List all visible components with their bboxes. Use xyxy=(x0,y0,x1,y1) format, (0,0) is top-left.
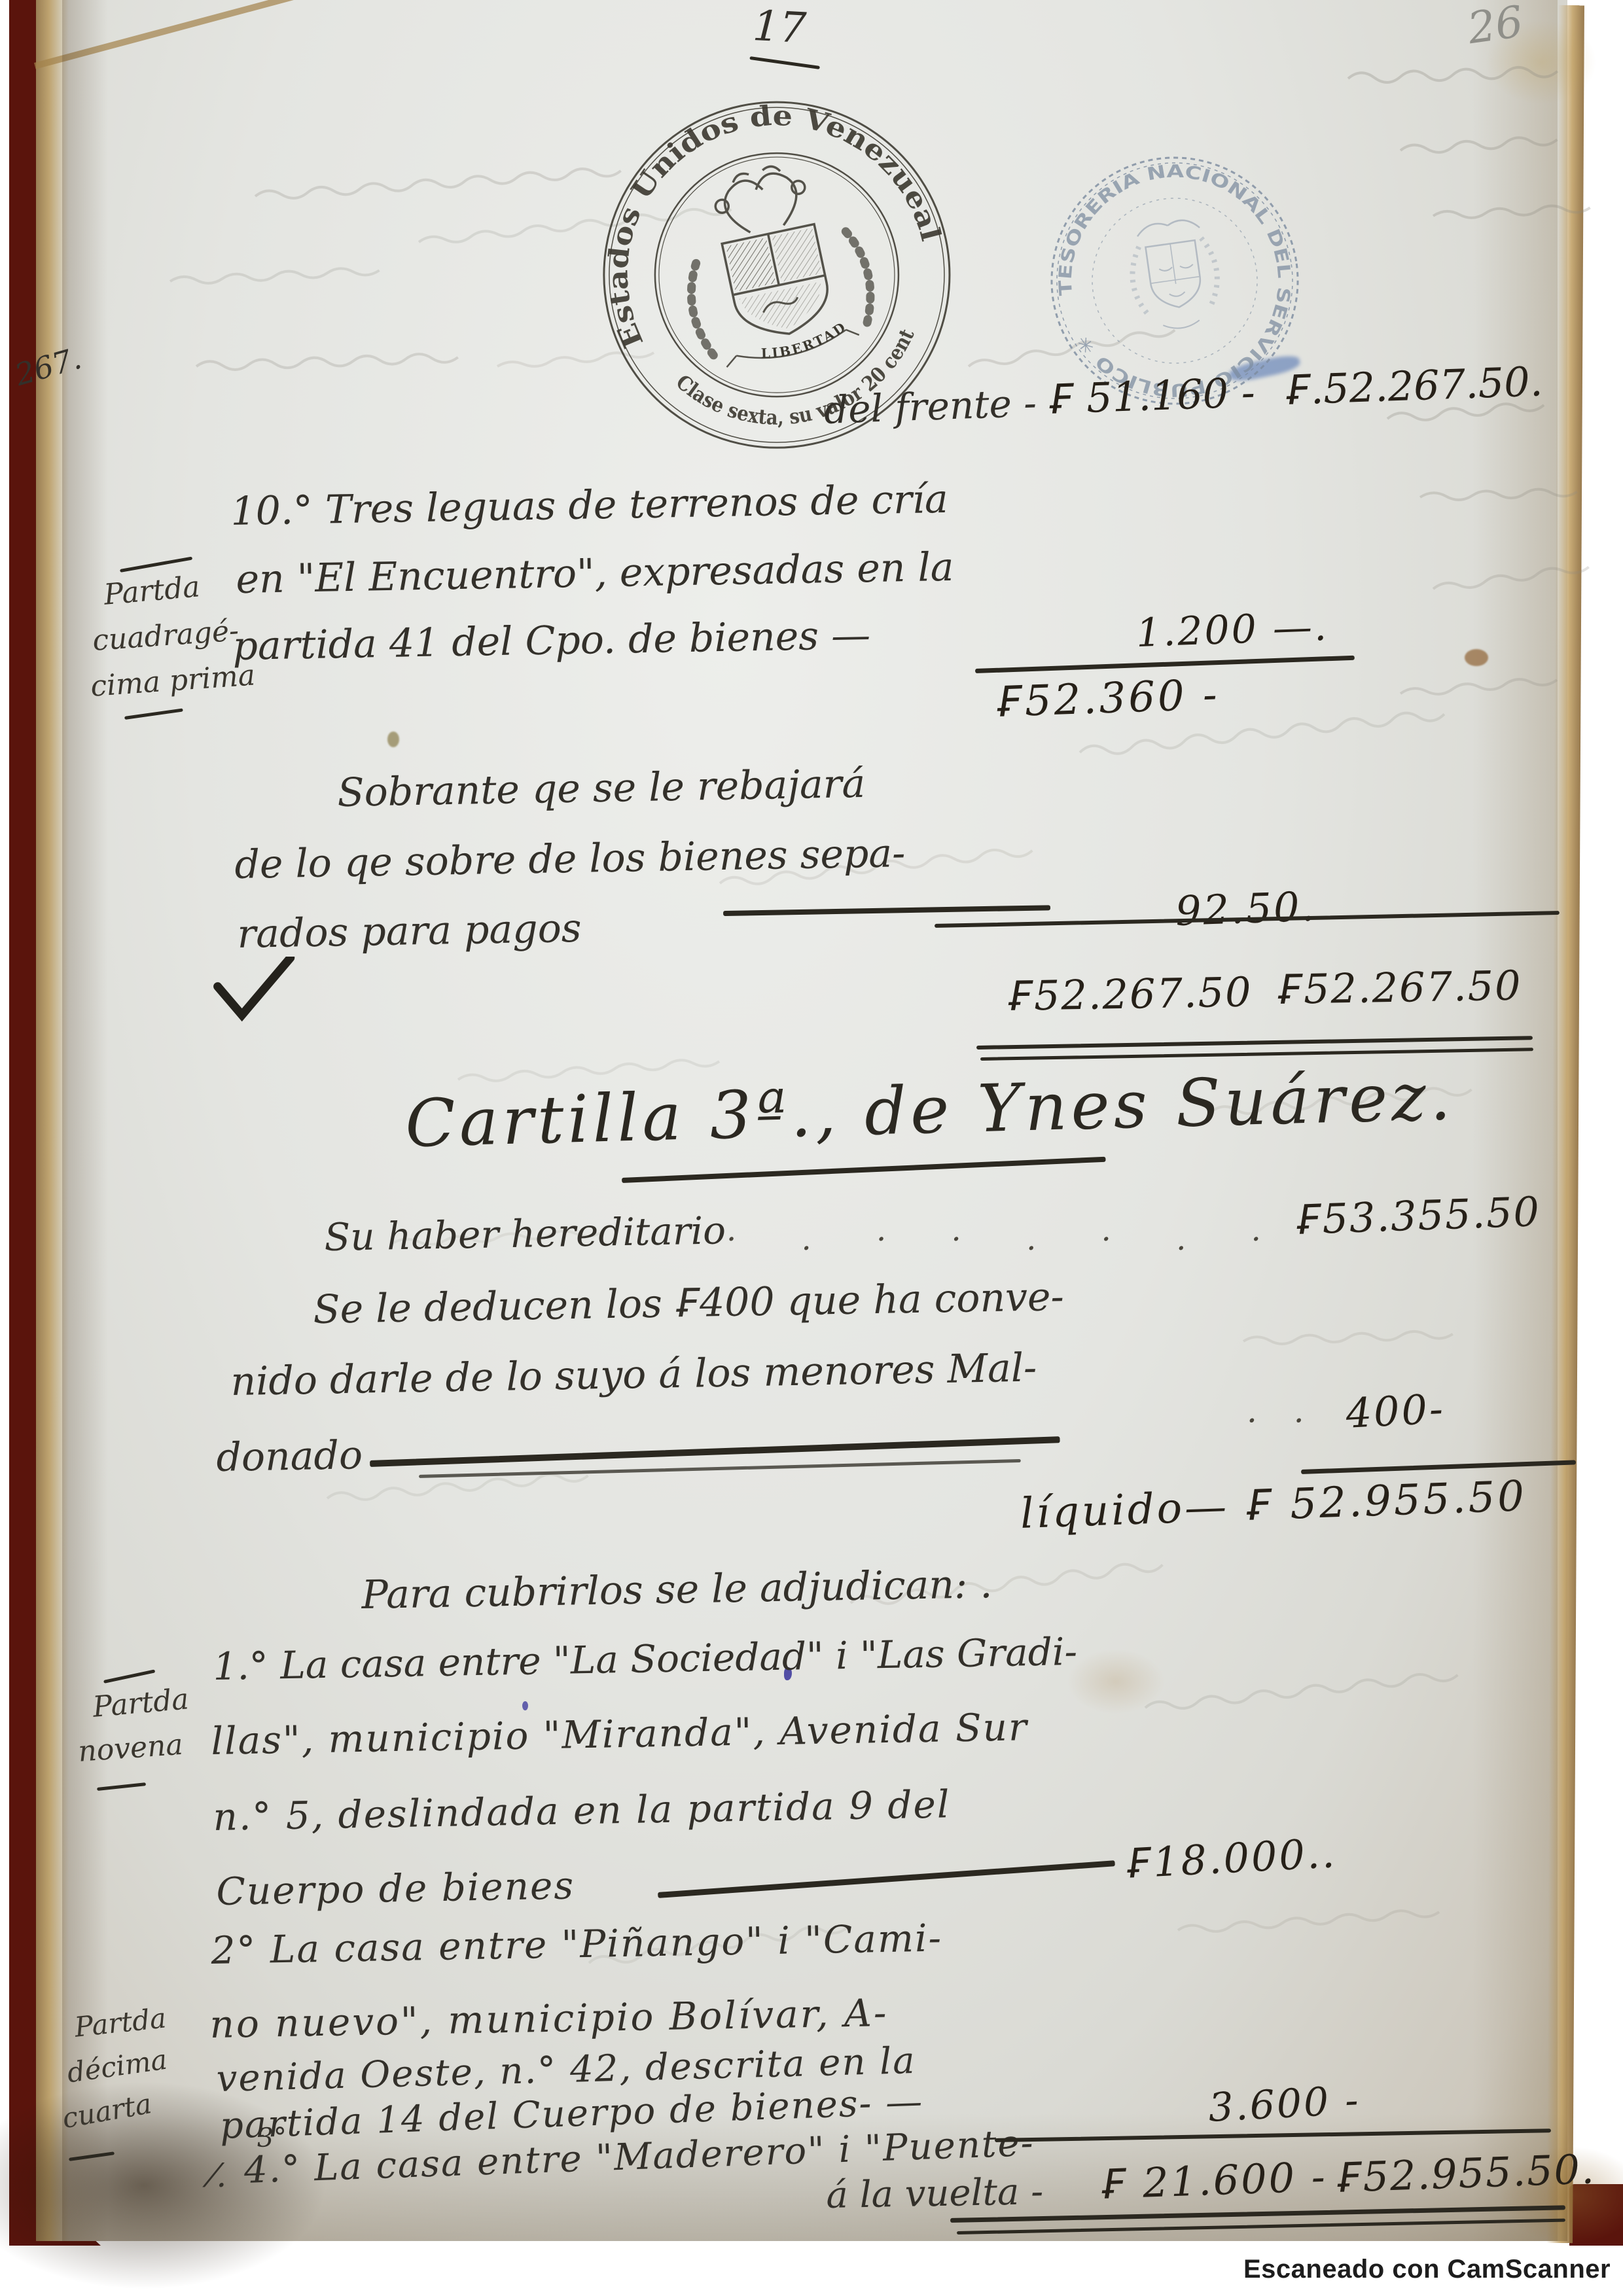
vuelta-label: á la vuelta - xyxy=(826,2174,1044,2214)
pencil-corner-number: 26 xyxy=(1465,0,1526,54)
item1-amount: ₣18.000.. xyxy=(1124,1833,1338,1884)
carry-forward-amount-2: ₣.52.267.50. xyxy=(1284,361,1543,411)
deduction-line3: donado xyxy=(216,1436,363,1477)
deduction-dots: · · xyxy=(1247,1404,1317,1437)
item10-amount: 1.200 —. xyxy=(1135,607,1329,653)
haber-amount: ₣53.355.50 xyxy=(1294,1192,1541,1241)
item10-subtotal: ₣52.360 - xyxy=(995,674,1221,724)
sobrante-amount: 92.50. xyxy=(1175,886,1317,931)
margin-note-partida41-line1: Partda xyxy=(103,573,201,610)
folio-number: 17 xyxy=(752,5,808,50)
item10-line2: en "El Encuentro", expresadas en la xyxy=(236,548,954,599)
sobrante-line1: Sobrante qe se le rebajará xyxy=(337,764,866,813)
treasury-stamp-coat-of-arms xyxy=(1126,217,1224,334)
vuelta-amount-2: ₣52.955.50. xyxy=(1335,2149,1596,2199)
item3-correction-numeral: 3° xyxy=(257,2124,287,2151)
deduction-amount: 400- xyxy=(1345,1388,1446,1434)
check-mark xyxy=(213,957,301,1022)
adjudican-line: Para cubrirlos se le adjudican: . xyxy=(361,1564,993,1615)
item3-correction-mark: ⁄. xyxy=(211,2159,226,2192)
item2-line2: no nuevo", municipio Bolívar, A- xyxy=(209,1994,889,2043)
item10-line1: 10.° Tres leguas de terrenos de cría xyxy=(230,480,948,531)
sobrante-line2: de lo qe sobre de los bienes sepa- xyxy=(234,834,906,885)
item1-line4: Cuerpo de bienes xyxy=(216,1866,575,1911)
scanned-document-page: 17 26 267. Estados Unidos de Venezueal C… xyxy=(0,0,1623,2296)
haber-leader-dots: · . · · . · . · xyxy=(726,1224,1289,1255)
sobrante-line3: rados para pagos xyxy=(237,909,582,954)
vuelta-amount-1: ₣ 21.600 - xyxy=(1099,2157,1328,2205)
sobrante-total-2: ₣52.267.50 xyxy=(1276,965,1522,1010)
carry-forward-label: del frente - xyxy=(823,384,1037,429)
haber-label: Su haber hereditario xyxy=(324,1211,726,1256)
margin-note-partida9-line1: Partda xyxy=(92,1685,190,1722)
carry-forward-amount-1: ₣ 51.160 - xyxy=(1047,372,1256,420)
fiscal-stamp-coat-of-arms xyxy=(667,151,881,373)
item2-amount: 3.600 - xyxy=(1207,2081,1361,2128)
margin-note-partida9-line2: novena xyxy=(77,1731,184,1767)
item2-line1: 2° La casa entre "Piñango" i "Cami- xyxy=(211,1918,942,1969)
sobrante-total-1: ₣52.267.50 xyxy=(1007,972,1253,1017)
scanner-caption: Escaneado con CamScanner xyxy=(1243,2255,1611,2284)
item10-line3: partida 41 del Cpo. de bienes — xyxy=(232,616,871,666)
